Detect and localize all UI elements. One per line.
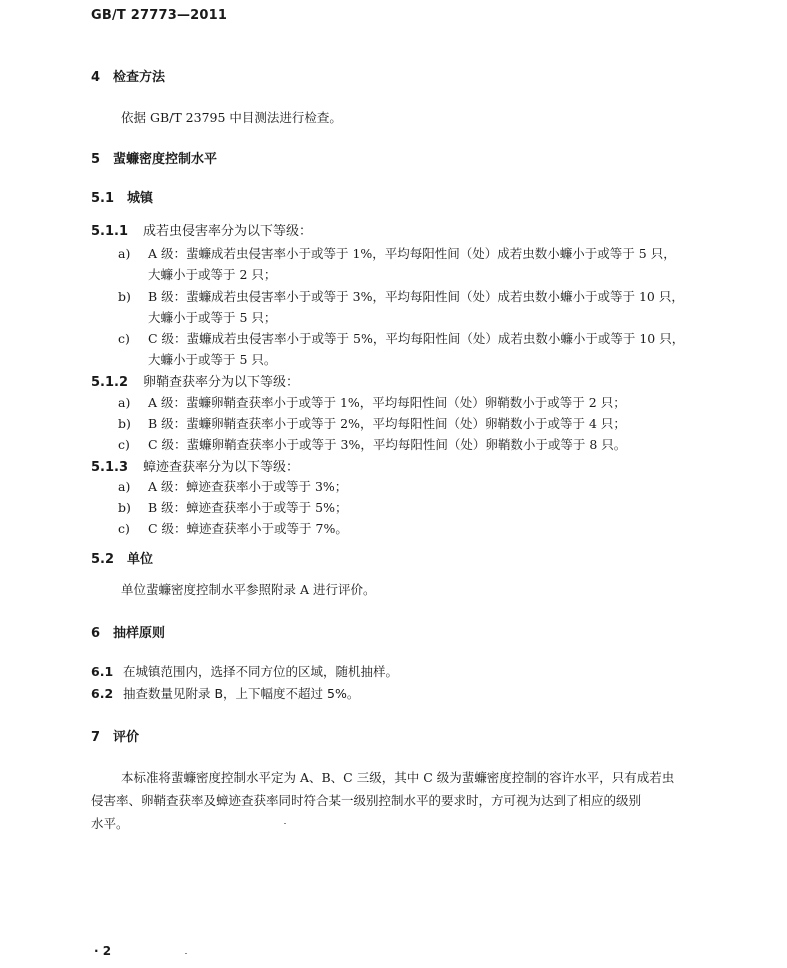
list-text: A 级：蜚蠊卵鞘查获率小于或等于 1%，平均每阳性间（处）卵鞘数小于或等于 2 … [148,395,626,410]
section-5-2-heading: 5.2单位 [91,548,153,567]
list-label: a) [118,246,148,261]
list-text: A 级：蜚蠊成若虫侵害率小于或等于 1%，平均每阳性间（处）成若虫数小蠊小于或等… [148,246,676,261]
list-label: a) [118,395,148,410]
list-text: B 级：蟑迹查获率小于或等于 5%； [148,500,347,515]
clause-5-1-1: 5.1.1成若虫侵害率分为以下等级： [91,220,312,239]
list-item: a)A 级：蟑迹查获率小于或等于 3%； [118,477,347,495]
section-number: 5.1 [91,191,127,206]
list-text: A 级：蟑迹查获率小于或等于 3%； [148,479,347,494]
list-label: c) [118,521,148,536]
section-5-heading: 5蜚蠊密度控制水平 [91,148,217,167]
section-title: 检查方法 [113,70,165,85]
section-title: 抽样原则 [113,626,165,641]
section-number: 6 [91,626,113,641]
clause-text: 抽查数量见附录 B，上下幅度不超过 5%。 [123,686,359,701]
section-number: 5.2 [91,552,127,567]
list-item: b)B 级：蜚蠊成若虫侵害率小于或等于 3%，平均每阳性间（处）成若虫数小蠊小于… [118,287,684,305]
list-label: c) [118,331,148,346]
section-title: 评价 [113,730,139,745]
list-text: C 级：蟑迹查获率小于或等于 7%。 [148,521,348,536]
clause-title: 卵鞘查获率分为以下等级： [143,375,299,390]
list-text: B 级：蜚蠊成若虫侵害率小于或等于 3%，平均每阳性间（处）成若虫数小蠊小于或等… [148,289,684,304]
list-item: b)B 级：蜚蠊卵鞘查获率小于或等于 2%，平均每阳性间（处）卵鞘数小于或等于 … [118,414,626,432]
clause-text: 在城镇范围内，选择不同方位的区域，随机抽样。 [123,664,398,679]
list-item: c)C 级：蜚蠊卵鞘查获率小于或等于 3%，平均每阳性间（处）卵鞘数小于或等于 … [118,435,626,453]
section-7-body-line-3: 水平。 [91,814,129,832]
list-label: a) [118,479,148,494]
list-label: b) [118,289,148,304]
list-label: b) [118,416,148,431]
list-text: C 级：蜚蠊成若虫侵害率小于或等于 5%，平均每阳性间（处）成若虫数小蠊小于或等… [148,331,684,346]
section-7-body-line-2: 侵害率、卵鞘查获率及蟑迹查获率同时符合某一级别控制水平的要求时，方可视为达到了相… [91,791,641,809]
clause-6-2: 6.2抽查数量见附录 B，上下幅度不超过 5%。 [91,684,359,702]
clause-number: 5.1.1 [91,224,143,239]
clause-title: 成若虫侵害率分为以下等级： [143,224,312,239]
list-item: b)B 级：蟑迹查获率小于或等于 5%； [118,498,347,516]
scan-speck [185,953,187,954]
list-item: c)C 级：蜚蠊成若虫侵害率小于或等于 5%，平均每阳性间（处）成若虫数小蠊小于… [118,329,684,347]
clause-number: 6.1 [91,664,123,679]
list-item: a)A 级：蜚蠊卵鞘查获率小于或等于 1%，平均每阳性间（处）卵鞘数小于或等于 … [118,393,626,411]
list-item-continuation: 大蠊小于或等于 5 只。 [148,350,276,368]
section-6-heading: 6抽样原则 [91,622,165,641]
clause-number: 5.1.3 [91,460,143,475]
list-label: b) [118,500,148,515]
clause-number: 6.2 [91,686,123,701]
section-7-heading: 7评价 [91,726,139,745]
list-item-continuation: 大蠊小于或等于 5 只； [148,308,276,326]
section-5-1-heading: 5.1城镇 [91,187,153,206]
section-5-2-body: 单位蜚蠊密度控制水平参照附录 A 进行评价。 [121,580,375,598]
clause-title: 蟑迹查获率分为以下等级： [143,460,299,475]
list-text: C 级：蜚蠊卵鞘查获率小于或等于 3%，平均每阳性间（处）卵鞘数小于或等于 8 … [148,437,626,452]
section-title: 城镇 [127,191,153,206]
clause-5-1-3: 5.1.3蟑迹查获率分为以下等级： [91,456,299,475]
standard-code: GB/T 27773—2011 [91,8,227,23]
section-4-body: 依据 GB/T 23795 中目测法进行检查。 [121,108,342,126]
section-title: 蜚蠊密度控制水平 [113,152,217,167]
list-text: B 级：蜚蠊卵鞘查获率小于或等于 2%，平均每阳性间（处）卵鞘数小于或等于 4 … [148,416,626,431]
list-item: c)C 级：蟑迹查获率小于或等于 7%。 [118,519,348,537]
section-4-heading: 4检查方法 [91,66,165,85]
clause-6-1: 6.1在城镇范围内，选择不同方位的区域，随机抽样。 [91,662,398,680]
list-item: a)A 级：蜚蠊成若虫侵害率小于或等于 1%，平均每阳性间（处）成若虫数小蠊小于… [118,244,676,262]
section-title: 单位 [127,552,153,567]
section-number: 4 [91,70,113,85]
scan-speck [284,823,286,824]
page-number: · 2 [94,944,111,958]
section-number: 7 [91,730,113,745]
section-number: 5 [91,152,113,167]
list-label: c) [118,437,148,452]
list-item-continuation: 大蠊小于或等于 2 只； [148,265,276,283]
clause-5-1-2: 5.1.2卵鞘查获率分为以下等级： [91,371,299,390]
clause-number: 5.1.2 [91,375,143,390]
section-7-body-line-1: 本标准将蜚蠊密度控制水平定为 A、B、C 三级，其中 C 级为蜚蠊密度控制的容许… [121,768,674,786]
